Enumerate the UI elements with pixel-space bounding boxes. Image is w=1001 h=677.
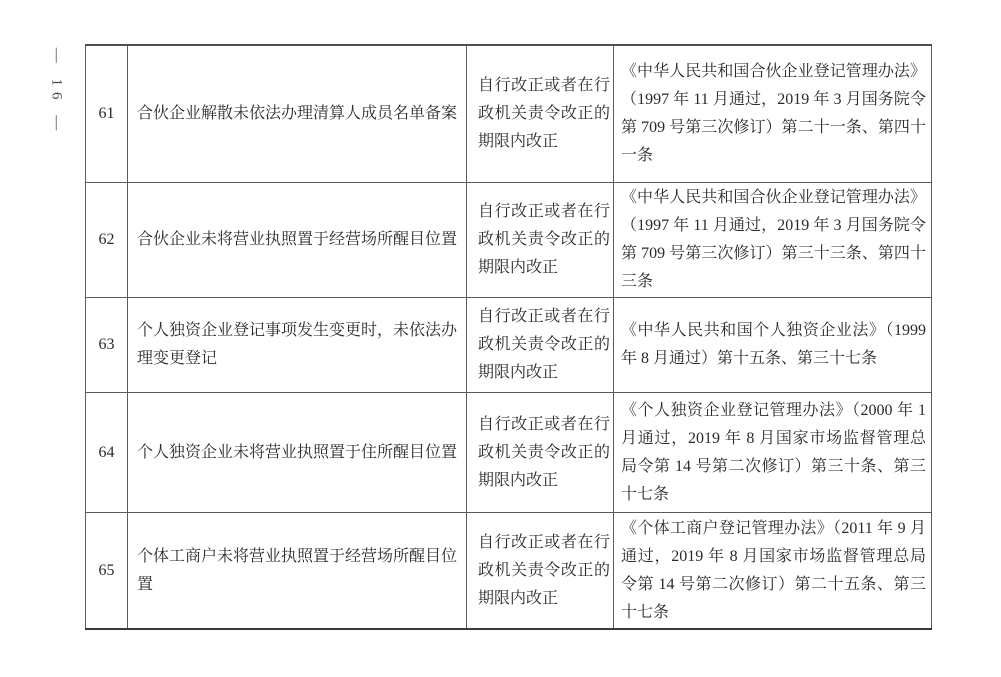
correction-text: 自行改正或者在行政机关责令改正的期限内改正: [478, 198, 610, 282]
violation-cell: 个人独资企业未将营业执照置于住所醒目位置: [127, 393, 466, 512]
legal-basis-text: 《中华人民共和国个人独资企业法》（1999 年 8 月通过）第十五条、第三十七条: [621, 317, 926, 373]
violation-cell: 合伙企业未将营业执照置于经营场所醒目位置: [127, 183, 466, 297]
legal-basis-cell: 《中华人民共和国合伙企业登记管理办法》（1997 年 11 月通过，2019 年…: [613, 46, 932, 182]
row-number-cell: 62: [85, 183, 127, 297]
correction-cell: 自行改正或者在行政机关责令改正的期限内改正: [466, 183, 613, 297]
violation-text: 个人独资企业未将营业执照置于住所醒目位置: [137, 439, 457, 467]
legal-basis-cell: 《个人独资企业登记管理办法》（2000 年 1 月通过，2019 年 8 月国家…: [613, 393, 932, 512]
legal-basis-text: 《个体工商户登记管理办法》（2011 年 9 月通过，2019 年 8 月国家市…: [621, 515, 926, 627]
violation-text: 个体工商户未将营业执照置于经营场所醒目位置: [137, 543, 457, 599]
violation-text: 合伙企业解散未依法办理清算人成员名单备案: [137, 100, 457, 128]
correction-cell: 自行改正或者在行政机关责令改正的期限内改正: [466, 298, 613, 392]
legal-basis-cell: 《中华人民共和国个人独资企业法》（1999 年 8 月通过）第十五条、第三十七条: [613, 298, 932, 392]
violation-text: 个人独资企业登记事项发生变更时，未依法办理变更登记: [137, 317, 457, 373]
correction-text: 自行改正或者在行政机关责令改正的期限内改正: [478, 529, 610, 613]
violation-cell: 个人独资企业登记事项发生变更时，未依法办理变更登记: [127, 298, 466, 392]
row-number: 61: [99, 100, 115, 128]
correction-cell: 自行改正或者在行政机关责令改正的期限内改正: [466, 513, 613, 628]
table-row: 65 个体工商户未将营业执照置于经营场所醒目位置 自行改正或者在行政机关责令改正…: [85, 513, 932, 628]
row-number: 65: [99, 557, 115, 585]
row-number: 62: [99, 226, 115, 254]
table-row: 61 合伙企业解散未依法办理清算人成员名单备案 自行改正或者在行政机关责令改正的…: [85, 46, 932, 183]
legal-basis-text: 《中华人民共和国合伙企业登记管理办法》（1997 年 11 月通过，2019 年…: [621, 184, 926, 296]
legal-basis-cell: 《中华人民共和国合伙企业登记管理办法》（1997 年 11 月通过，2019 年…: [613, 183, 932, 297]
regulation-table: 61 合伙企业解散未依法办理清算人成员名单备案 自行改正或者在行政机关责令改正的…: [85, 44, 932, 630]
table-row: 63 个人独资企业登记事项发生变更时，未依法办理变更登记 自行改正或者在行政机关…: [85, 298, 932, 393]
correction-cell: 自行改正或者在行政机关责令改正的期限内改正: [466, 393, 613, 512]
legal-basis-cell: 《个体工商户登记管理办法》（2011 年 9 月通过，2019 年 8 月国家市…: [613, 513, 932, 628]
row-number: 63: [99, 331, 115, 359]
correction-text: 自行改正或者在行政机关责令改正的期限内改正: [478, 303, 610, 387]
row-number-cell: 64: [85, 393, 127, 512]
table-row: 62 合伙企业未将营业执照置于经营场所醒目位置 自行改正或者在行政机关责令改正的…: [85, 183, 932, 298]
table-row: 64 个人独资企业未将营业执照置于住所醒目位置 自行改正或者在行政机关责令改正的…: [85, 393, 932, 513]
violation-cell: 个体工商户未将营业执照置于经营场所醒目位置: [127, 513, 466, 628]
violation-text: 合伙企业未将营业执照置于经营场所醒目位置: [137, 226, 457, 254]
correction-cell: 自行改正或者在行政机关责令改正的期限内改正: [466, 46, 613, 182]
legal-basis-text: 《个人独资企业登记管理办法》（2000 年 1 月通过，2019 年 8 月国家…: [621, 397, 926, 509]
violation-cell: 合伙企业解散未依法办理清算人成员名单备案: [127, 46, 466, 182]
legal-basis-text: 《中华人民共和国合伙企业登记管理办法》（1997 年 11 月通过，2019 年…: [621, 58, 926, 170]
row-number-cell: 63: [85, 298, 127, 392]
correction-text: 自行改正或者在行政机关责令改正的期限内改正: [478, 72, 610, 156]
correction-text: 自行改正或者在行政机关责令改正的期限内改正: [478, 411, 610, 495]
row-number: 64: [99, 439, 115, 467]
row-number-cell: 65: [85, 513, 127, 628]
side-page-number: — 16 —: [48, 48, 65, 137]
row-number-cell: 61: [85, 46, 127, 182]
